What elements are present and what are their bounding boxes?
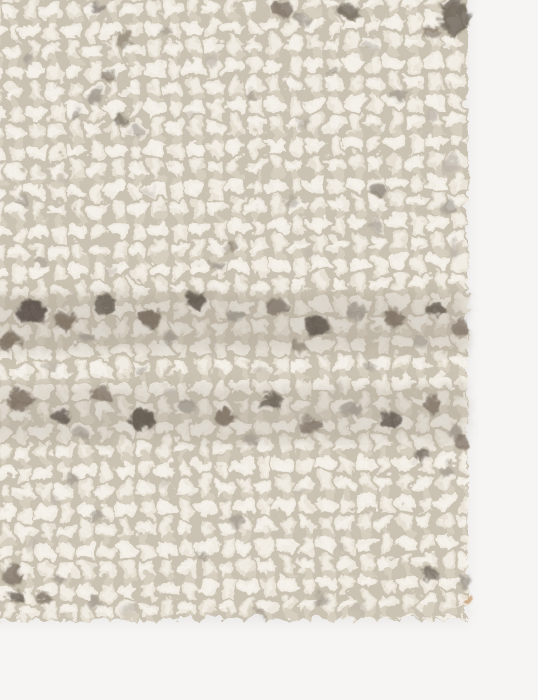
rug bbox=[0, 0, 469, 616]
wool-grain-overlay bbox=[0, 0, 464, 616]
rug-photo-svg bbox=[0, 0, 538, 700]
product-photo bbox=[0, 0, 538, 700]
